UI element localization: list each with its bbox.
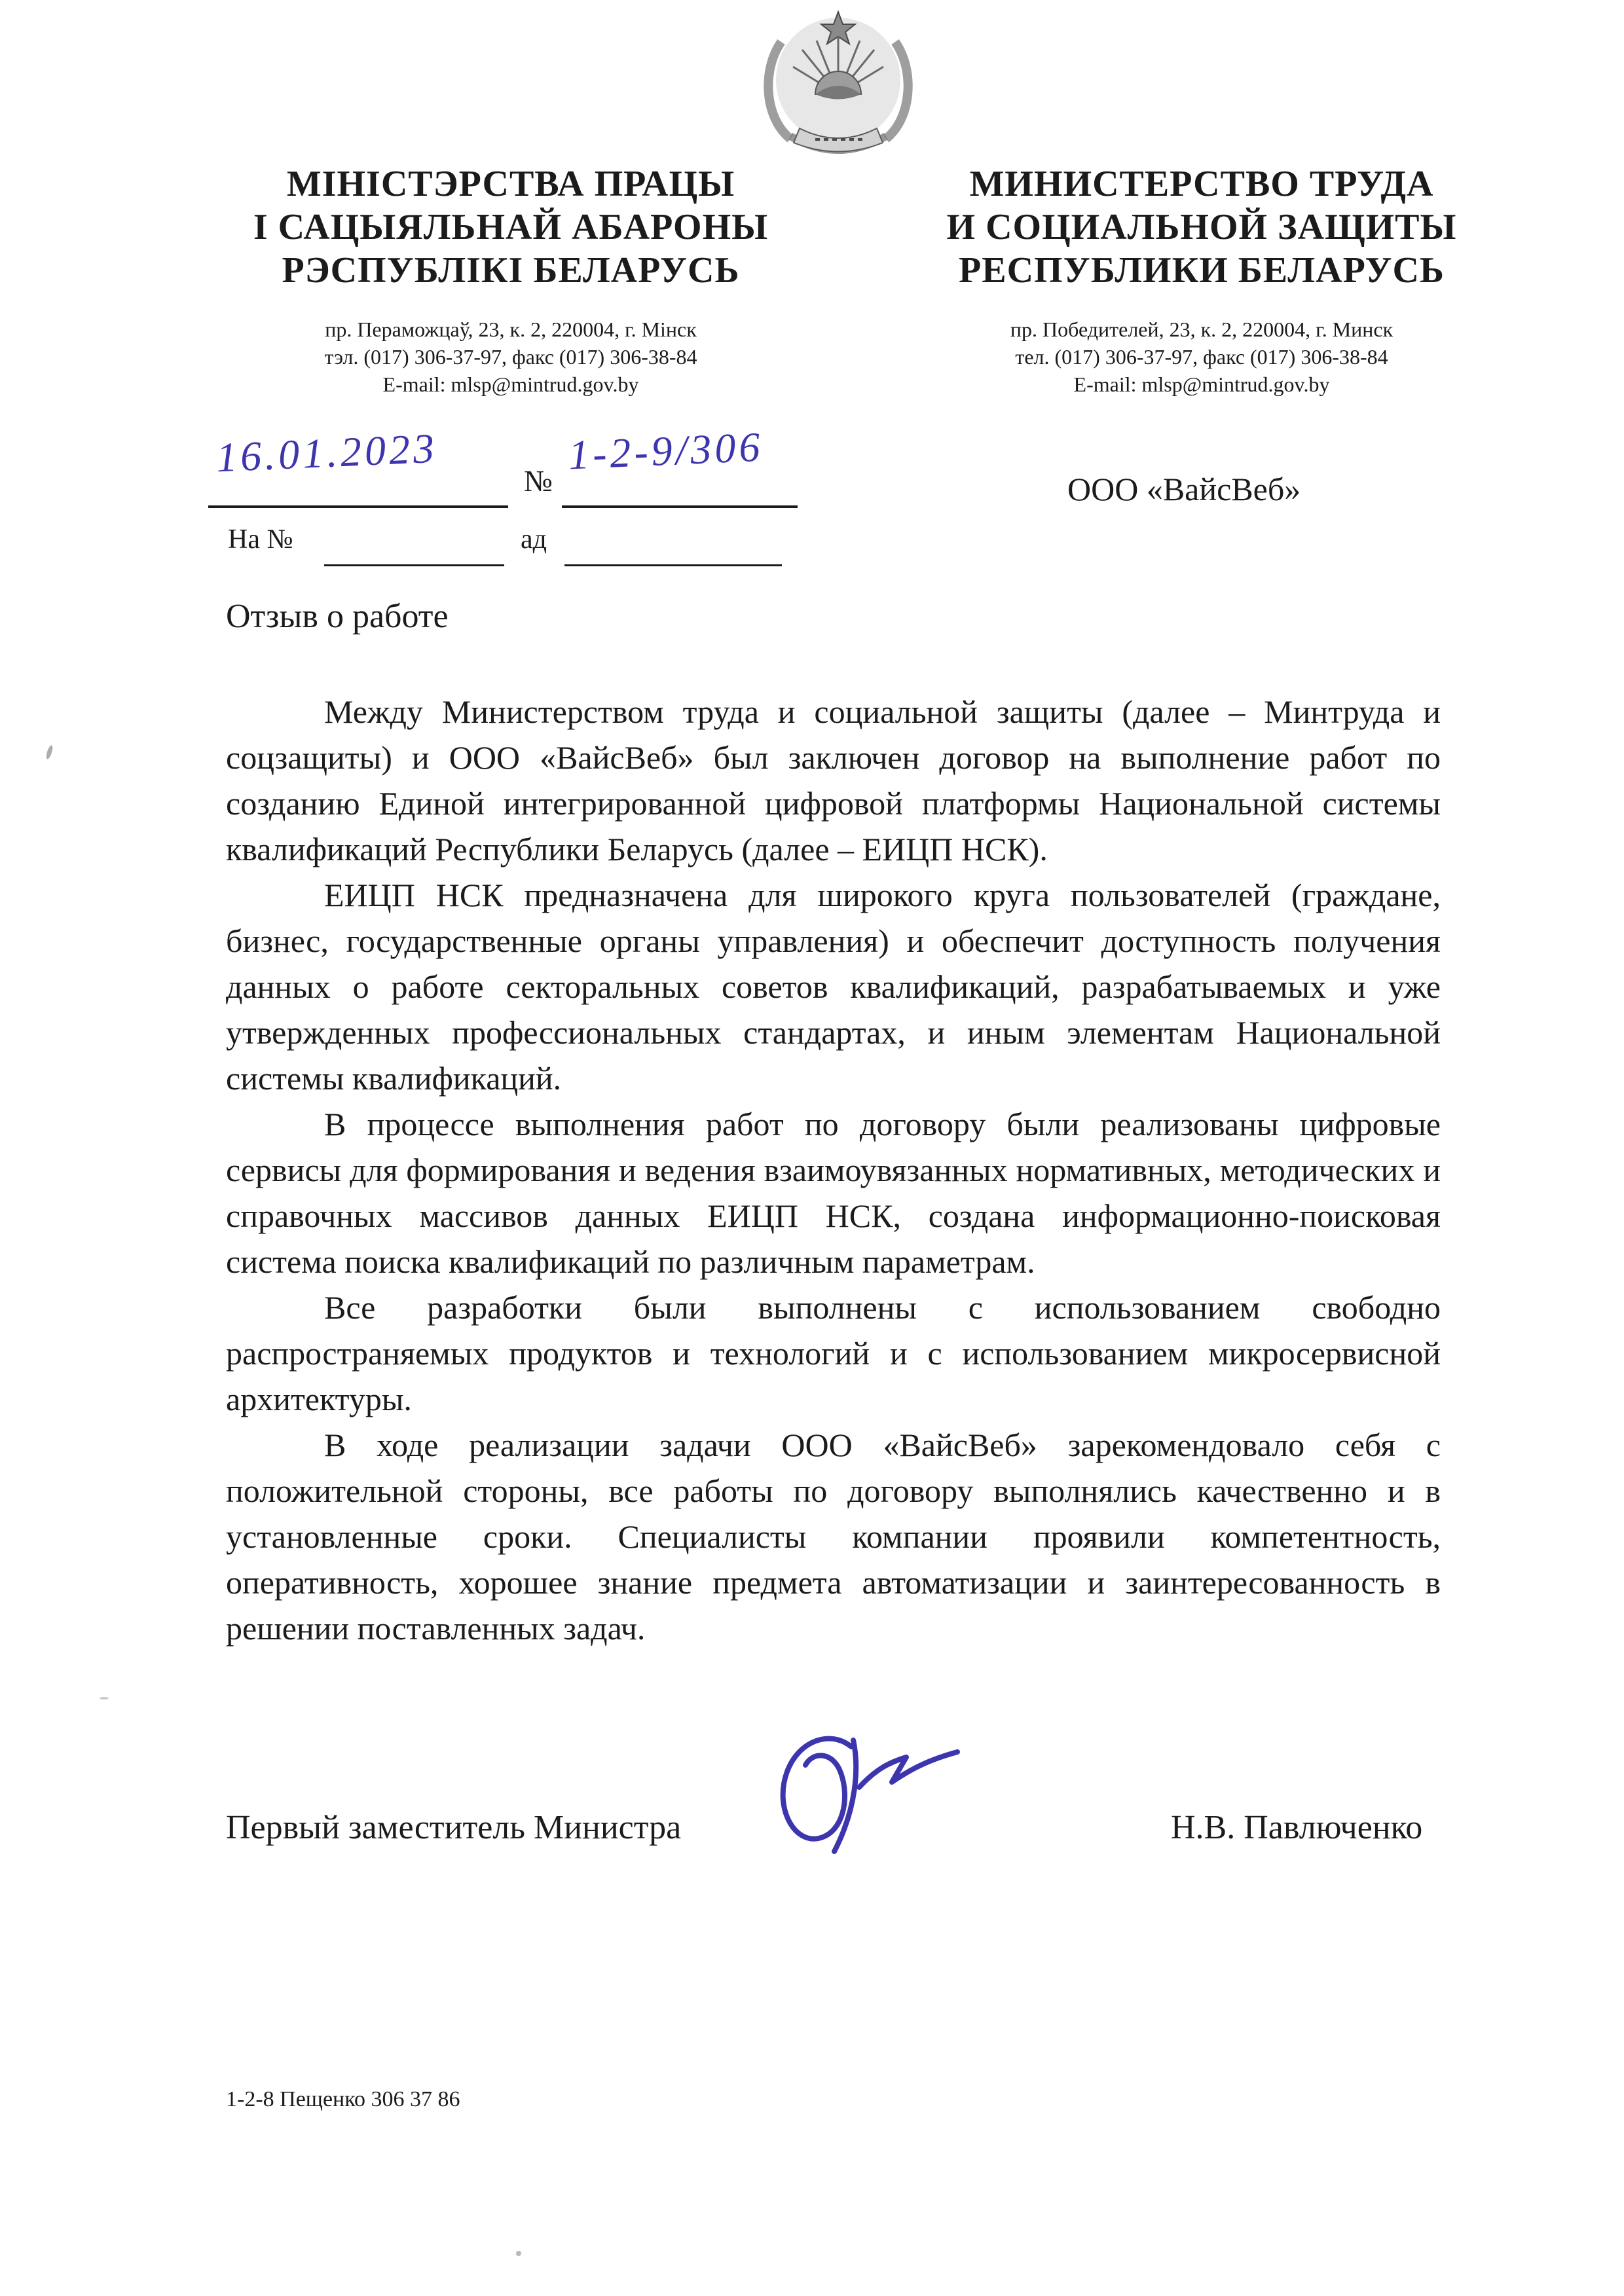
org-name-ru: МИНИСТЕРСТВО ТРУДА И СОЦИАЛЬНОЙ ЗАЩИТЫ Р… <box>904 162 1500 292</box>
org-name-by-line1: МІНІСТЭРСТВА ПРАЦЫ <box>213 162 809 206</box>
number-sign-label: № <box>524 464 553 498</box>
scan-artifact <box>516 2251 521 2256</box>
reply-date-line <box>564 564 782 566</box>
coat-of-arms-icon <box>750 8 927 158</box>
executor-note: 1-2-8 Пещенко 306 37 86 <box>226 2087 460 2112</box>
signature-icon <box>747 1722 1008 1886</box>
org-name-ru-line1: МИНИСТЕРСТВО ТРУДА <box>904 162 1500 206</box>
org-name-by-line2: І САЦЫЯЛЬНАЙ АБАРОНЫ <box>213 206 809 249</box>
org-email-ru: E-mail: mlsp@mintrud.gov.by <box>904 371 1500 398</box>
org-contacts-ru: пр. Победителей, 23, к. 2, 220004, г. Ми… <box>904 316 1500 398</box>
org-name-by-line3: РЭСПУБЛІКІ БЕЛАРУСЬ <box>213 249 809 292</box>
scan-artifact <box>100 1697 109 1700</box>
letter-body: Между Министерством труда и социальной з… <box>226 689 1441 1651</box>
handwritten-date: 16.01.2023 <box>215 424 439 483</box>
scanned-letter-page: МІНІСТЭРСТВА ПРАЦЫ І САЦЫЯЛЬНАЙ АБАРОНЫ … <box>0 0 1624 2296</box>
signature-icon <box>747 1722 1008 1886</box>
reply-number-line <box>324 564 504 566</box>
subject-title: Отзыв о работе <box>226 597 449 636</box>
org-address-by: пр. Пераможцаў, 23, к. 2, 220004, г. Мін… <box>213 316 809 343</box>
org-contacts-by: пр. Пераможцаў, 23, к. 2, 220004, г. Мін… <box>213 316 809 398</box>
coat-of-arms-icon <box>750 8 927 158</box>
reply-number-label: На № <box>228 524 293 555</box>
letterhead-right: МИНИСТЕРСТВО ТРУДА И СОЦИАЛЬНОЙ ЗАЩИТЫ Р… <box>904 162 1500 398</box>
date-underline <box>208 505 508 508</box>
org-phone-by: тэл. (017) 306-37-97, факс (017) 306-38-… <box>213 343 809 371</box>
paragraph-3: В процессе выполнения работ по договору … <box>226 1101 1441 1285</box>
org-phone-ru: тел. (017) 306-37-97, факс (017) 306-38-… <box>904 343 1500 371</box>
org-name-ru-line3: РЕСПУБЛИКИ БЕЛАРУСЬ <box>904 249 1500 292</box>
org-email-by: E-mail: mlsp@mintrud.gov.by <box>213 371 809 398</box>
org-address-ru: пр. Победителей, 23, к. 2, 220004, г. Ми… <box>904 316 1500 343</box>
scan-artifact <box>45 744 54 759</box>
paragraph-5: В ходе реализации задачи ООО «ВайсВеб» з… <box>226 1422 1441 1651</box>
org-name-ru-line2: И СОЦИАЛЬНОЙ ЗАЩИТЫ <box>904 206 1500 249</box>
paragraph-2: ЕИЦП НСК предназначена для широкого круг… <box>226 872 1441 1101</box>
paragraph-1: Между Министерством труда и социальной з… <box>226 689 1441 872</box>
paragraph-4: Все разработки были выполнены с использо… <box>226 1285 1441 1422</box>
reply-date-label: ад <box>521 524 547 555</box>
signer-name: Н.В. Павлюченко <box>1171 1808 1422 1847</box>
number-underline <box>562 505 798 508</box>
org-name-by: МІНІСТЭРСТВА ПРАЦЫ І САЦЫЯЛЬНАЙ АБАРОНЫ … <box>213 162 809 292</box>
handwritten-number: 1-2-9/306 <box>568 423 764 480</box>
recipient: ООО «ВайсВеб» <box>1067 470 1301 508</box>
letterhead-left: МІНІСТЭРСТВА ПРАЦЫ І САЦЫЯЛЬНАЙ АБАРОНЫ … <box>213 162 809 398</box>
signer-position: Первый заместитель Министра <box>226 1808 681 1847</box>
